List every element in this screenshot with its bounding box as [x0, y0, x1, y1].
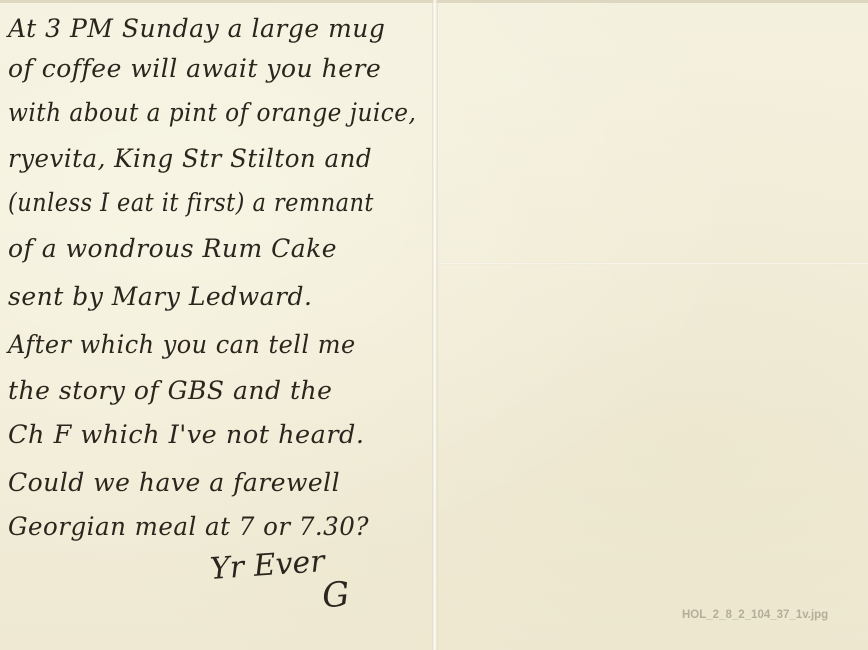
filename-watermark: HOL_2_8_2_104_37_1v.jpg [682, 608, 862, 622]
letter-line-9: the story of GBS and the [8, 376, 332, 405]
letter-line-12: Georgian meal at 7 or 7.30? [8, 512, 369, 541]
letter-line-8: After which you can tell me [8, 330, 356, 359]
letter-line-10: Ch F which I've not heard. [8, 420, 364, 449]
letter-line-1: At 3 PM Sunday a large mug [8, 14, 385, 43]
letter-line-11: Could we have a farewell [8, 468, 340, 497]
vertical-fold-crease [432, 0, 438, 650]
horizontal-fold-crease [438, 262, 868, 265]
signature-initial: G [321, 574, 351, 616]
letter-line-6: of a wondrous Rum Cake [8, 234, 337, 263]
letter-line-7: sent by Mary Ledward. [8, 282, 312, 311]
letter-line-2: of coffee will await you here [8, 54, 381, 83]
letter-line-3: with about a pint of orange juice, [8, 98, 416, 127]
closing-text: Yr Ever [209, 544, 326, 587]
letter-sheet: At 3 PM Sunday a large mug of coffee wil… [0, 0, 868, 650]
letter-signature: Yr Ever G [209, 544, 326, 587]
letter-line-4: ryevita, King Str Stilton and [8, 144, 372, 173]
letter-line-5: (unless I eat it first) a remnant [8, 188, 374, 217]
